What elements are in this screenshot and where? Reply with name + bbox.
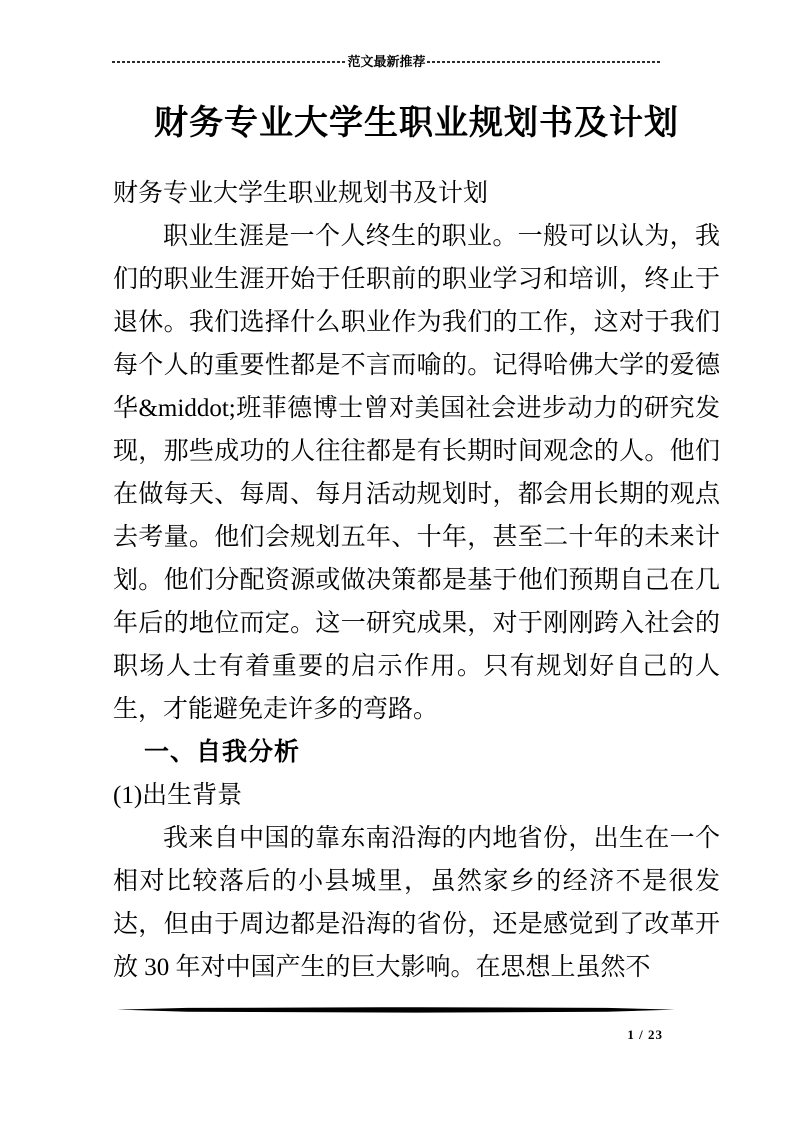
subsection-heading-birth-background: (1)出生背景 — [113, 774, 720, 817]
paragraph-career-intro: 职业生涯是一个人终生的职业。一般可以认为，我们的职业生涯开始于任职前的职业学习和… — [113, 215, 720, 731]
header-recommend-label: 范文最新推荐 — [347, 53, 427, 71]
header-dashed-rule-right — [427, 61, 662, 63]
footer-rule — [117, 1007, 675, 1013]
paragraph-birth-background: 我来自中国的靠东南沿海的内地省份，出生在一个相对比较落后的小县城里，虽然家乡的经… — [113, 817, 720, 989]
document-body: 财务专业大学生职业规划书及计划 职业生涯是一个人终生的职业。一般可以认为，我们的… — [113, 172, 720, 989]
paragraph-subtitle: 财务专业大学生职业规划书及计划 — [113, 172, 720, 215]
header-dashed-rule-left — [112, 61, 347, 63]
page-number: 1 / 23 — [113, 1027, 663, 1043]
page-header: 范文最新推荐 — [112, 53, 661, 71]
page-title: 财务专业大学生职业规划书及计划 — [113, 99, 720, 149]
section-heading-self-analysis: 一、自我分析 — [113, 731, 720, 774]
document-page: 范文最新推荐 财务专业大学生职业规划书及计划 财务专业大学生职业规划书及计划 职… — [0, 0, 793, 1122]
